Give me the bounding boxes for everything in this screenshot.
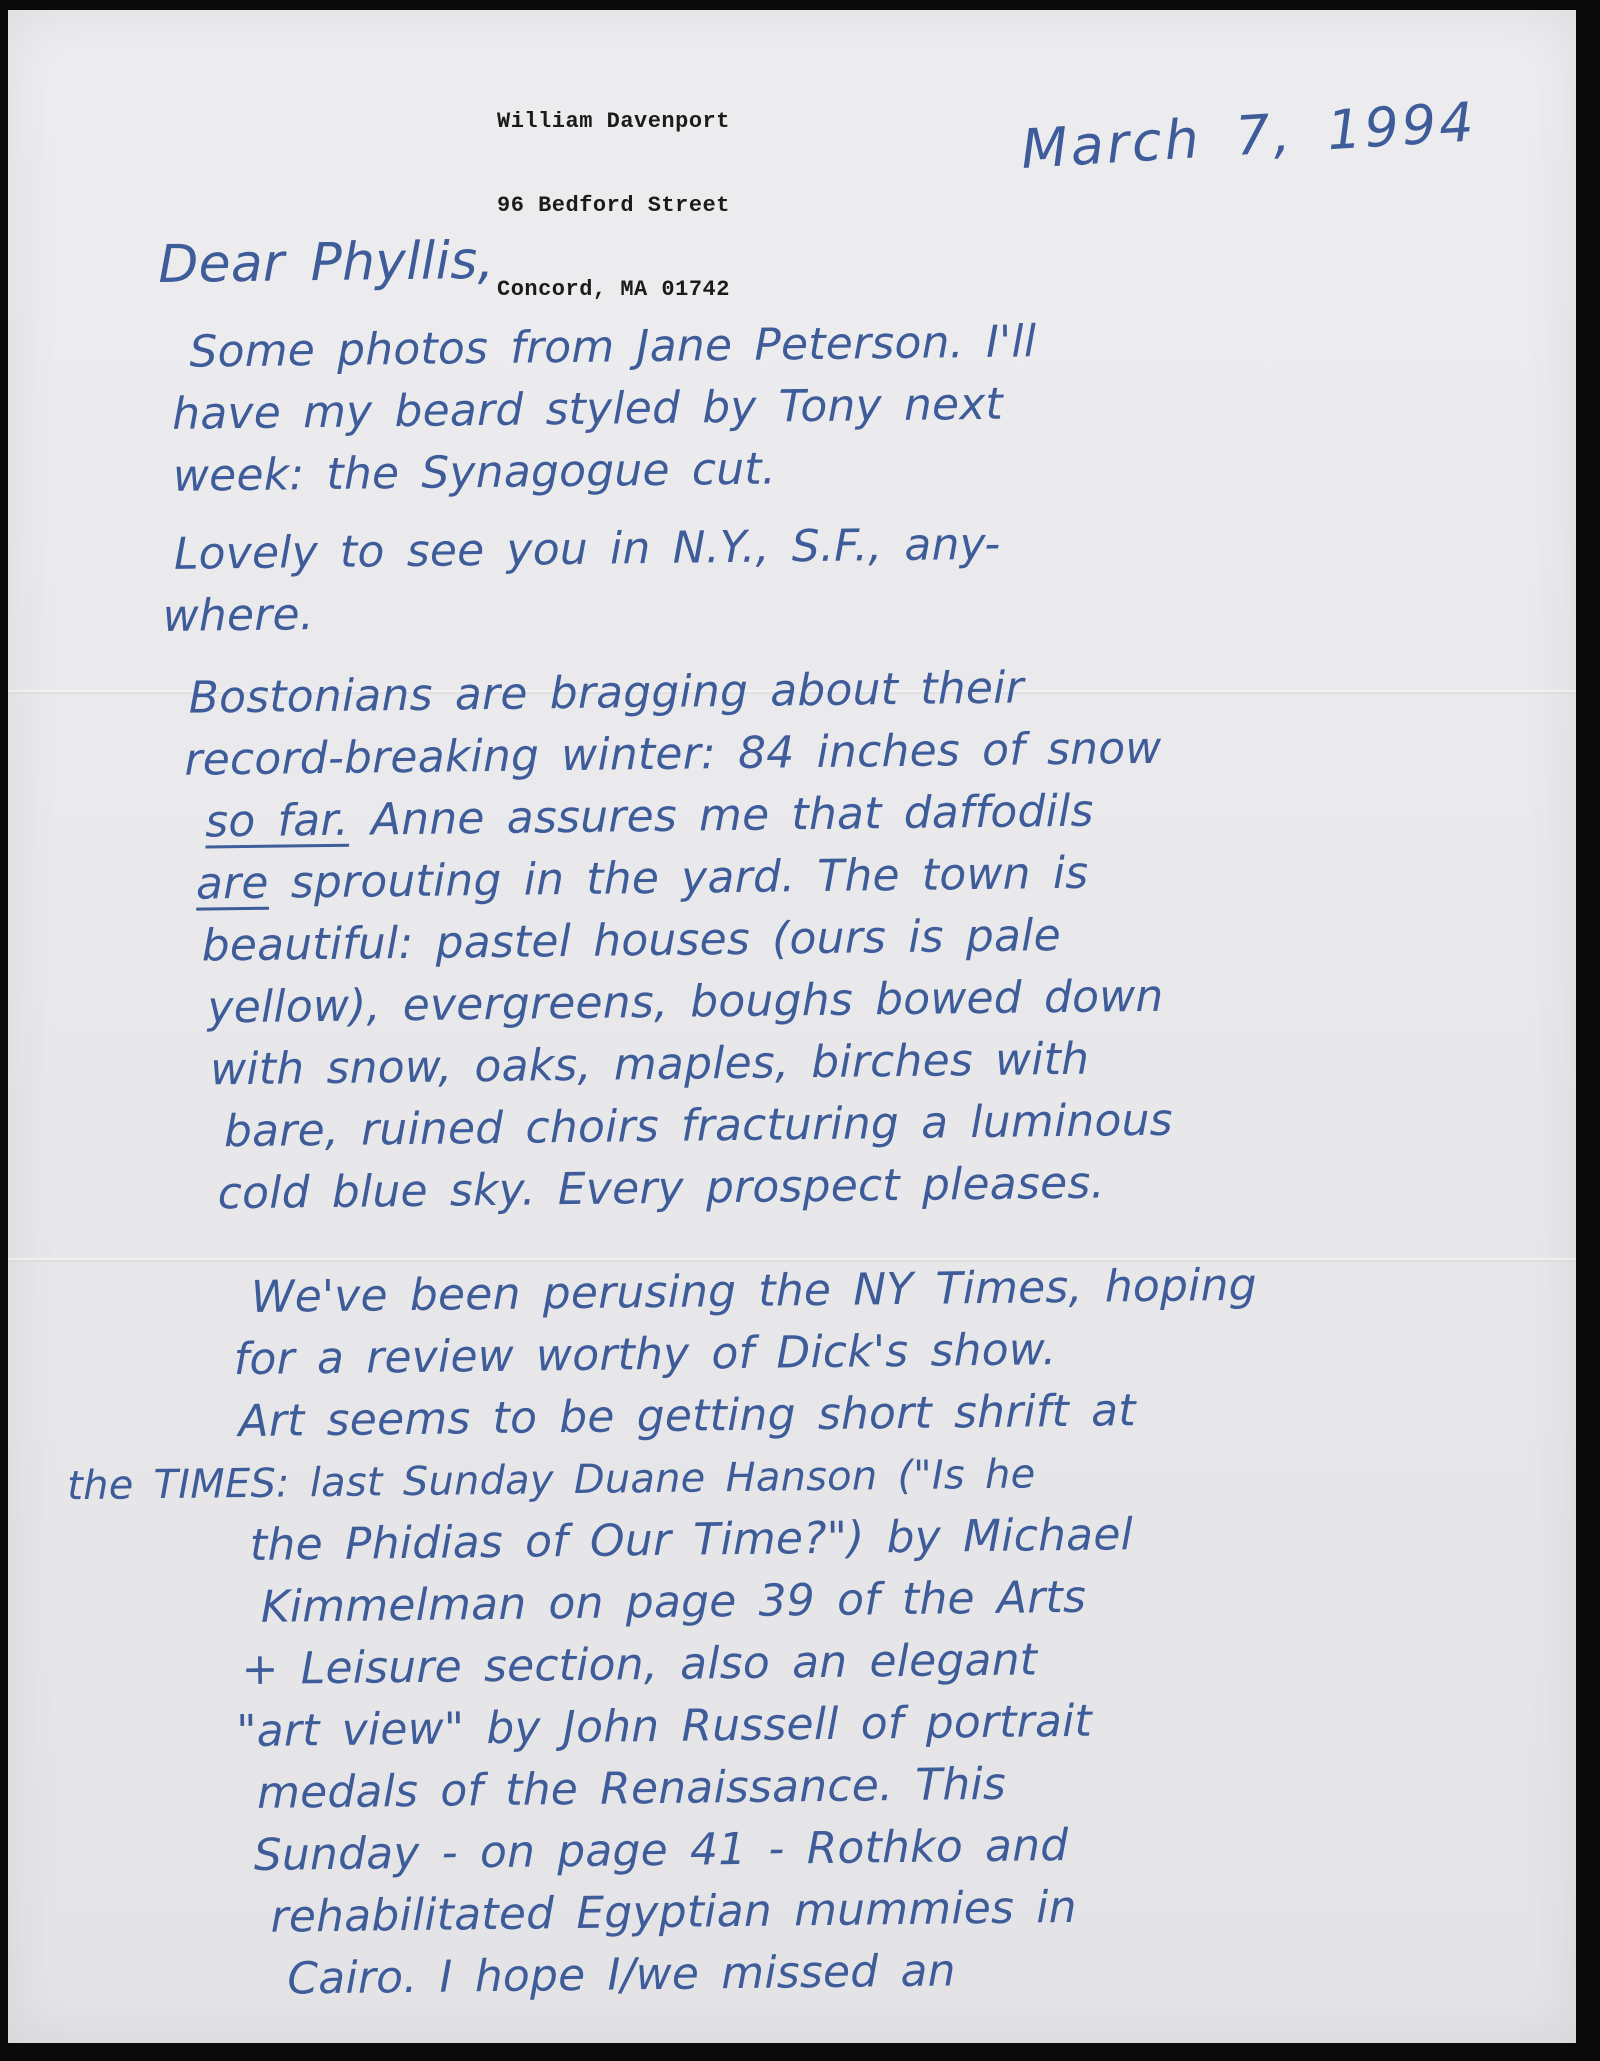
letter-text: Dear Phyllis, — [158, 231, 495, 295]
letter-text: Lovely to see you in N.Y., S.F., any- — [174, 519, 1001, 580]
letter-text: "art view" by John Russell of portrait — [236, 1696, 1092, 1757]
letter-text: week: the Synagogue cut. — [173, 443, 777, 501]
letterhead-name: William Davenport — [497, 108, 730, 136]
letter-text: sprouting in the yard. The town is — [268, 848, 1088, 909]
underlined-text: so far. — [205, 795, 349, 848]
letter-text: Art seems to be getting short shrift at — [238, 1385, 1136, 1447]
letter-text: Kimmelman on page 39 of the Arts — [260, 1572, 1086, 1633]
letter-body: Dear Phyllis,Some photos from Jane Peter… — [158, 220, 1480, 2014]
letter-text: Cairo. I hope I/we missed an — [287, 1945, 956, 2004]
letter-page: William Davenport 96 Bedford Street Conc… — [8, 10, 1576, 2043]
letter-text: + Leisure section, also an elegant — [241, 1634, 1037, 1695]
letter-line: Cairo. I hope I/we missed an — [287, 1936, 1480, 2013]
letter-text: the Phidias of Our Time?") by Michael — [250, 1509, 1134, 1571]
letter-date: March 7, 1994 — [1019, 90, 1478, 181]
letter-text: medals of the Renaissance. This — [257, 1759, 1007, 1819]
letter-text: where. — [162, 589, 314, 642]
letter-text: with snow, oaks, maples, birches with — [210, 1034, 1090, 1096]
letter-text: Sunday - on page 41 - Rothko and — [253, 1820, 1068, 1881]
letter-text: bare, ruined choirs fracturing a luminou… — [224, 1095, 1173, 1158]
letter-text: have my beard styled by Tony next — [172, 379, 1003, 440]
letter-text: yellow), evergreens, boughs bowed down — [207, 971, 1164, 1034]
letter-line: Dear Phyllis, — [158, 220, 1459, 298]
letter-text: the TIMES: last Sunday Duane Hanson ("Is… — [67, 1451, 1036, 1509]
letter-text: rehabilitated Egyptian mummies in — [270, 1882, 1077, 1943]
letter-text: Some photos from Jane Peterson. I'll — [189, 316, 1036, 377]
letter-text: cold blue sky. Every prospect pleases. — [217, 1158, 1105, 1220]
letter-text: Anne assures me that daffodils — [348, 786, 1093, 846]
letterhead-street: 96 Bedford Street — [497, 192, 730, 220]
letter-text: for a review worthy of Dick's show. — [233, 1324, 1056, 1385]
letter-text: beautiful: pastel houses (ours is pale — [201, 910, 1061, 971]
scan-background: William Davenport 96 Bedford Street Conc… — [0, 0, 1600, 2061]
underlined-text: are — [196, 858, 269, 910]
letter-text: record-breaking winter: 84 inches of sno… — [184, 723, 1162, 786]
letter-text: We've been perusing the NY Times, hoping — [251, 1260, 1257, 1323]
letter-text: Bostonians are bragging about their — [188, 662, 1024, 723]
